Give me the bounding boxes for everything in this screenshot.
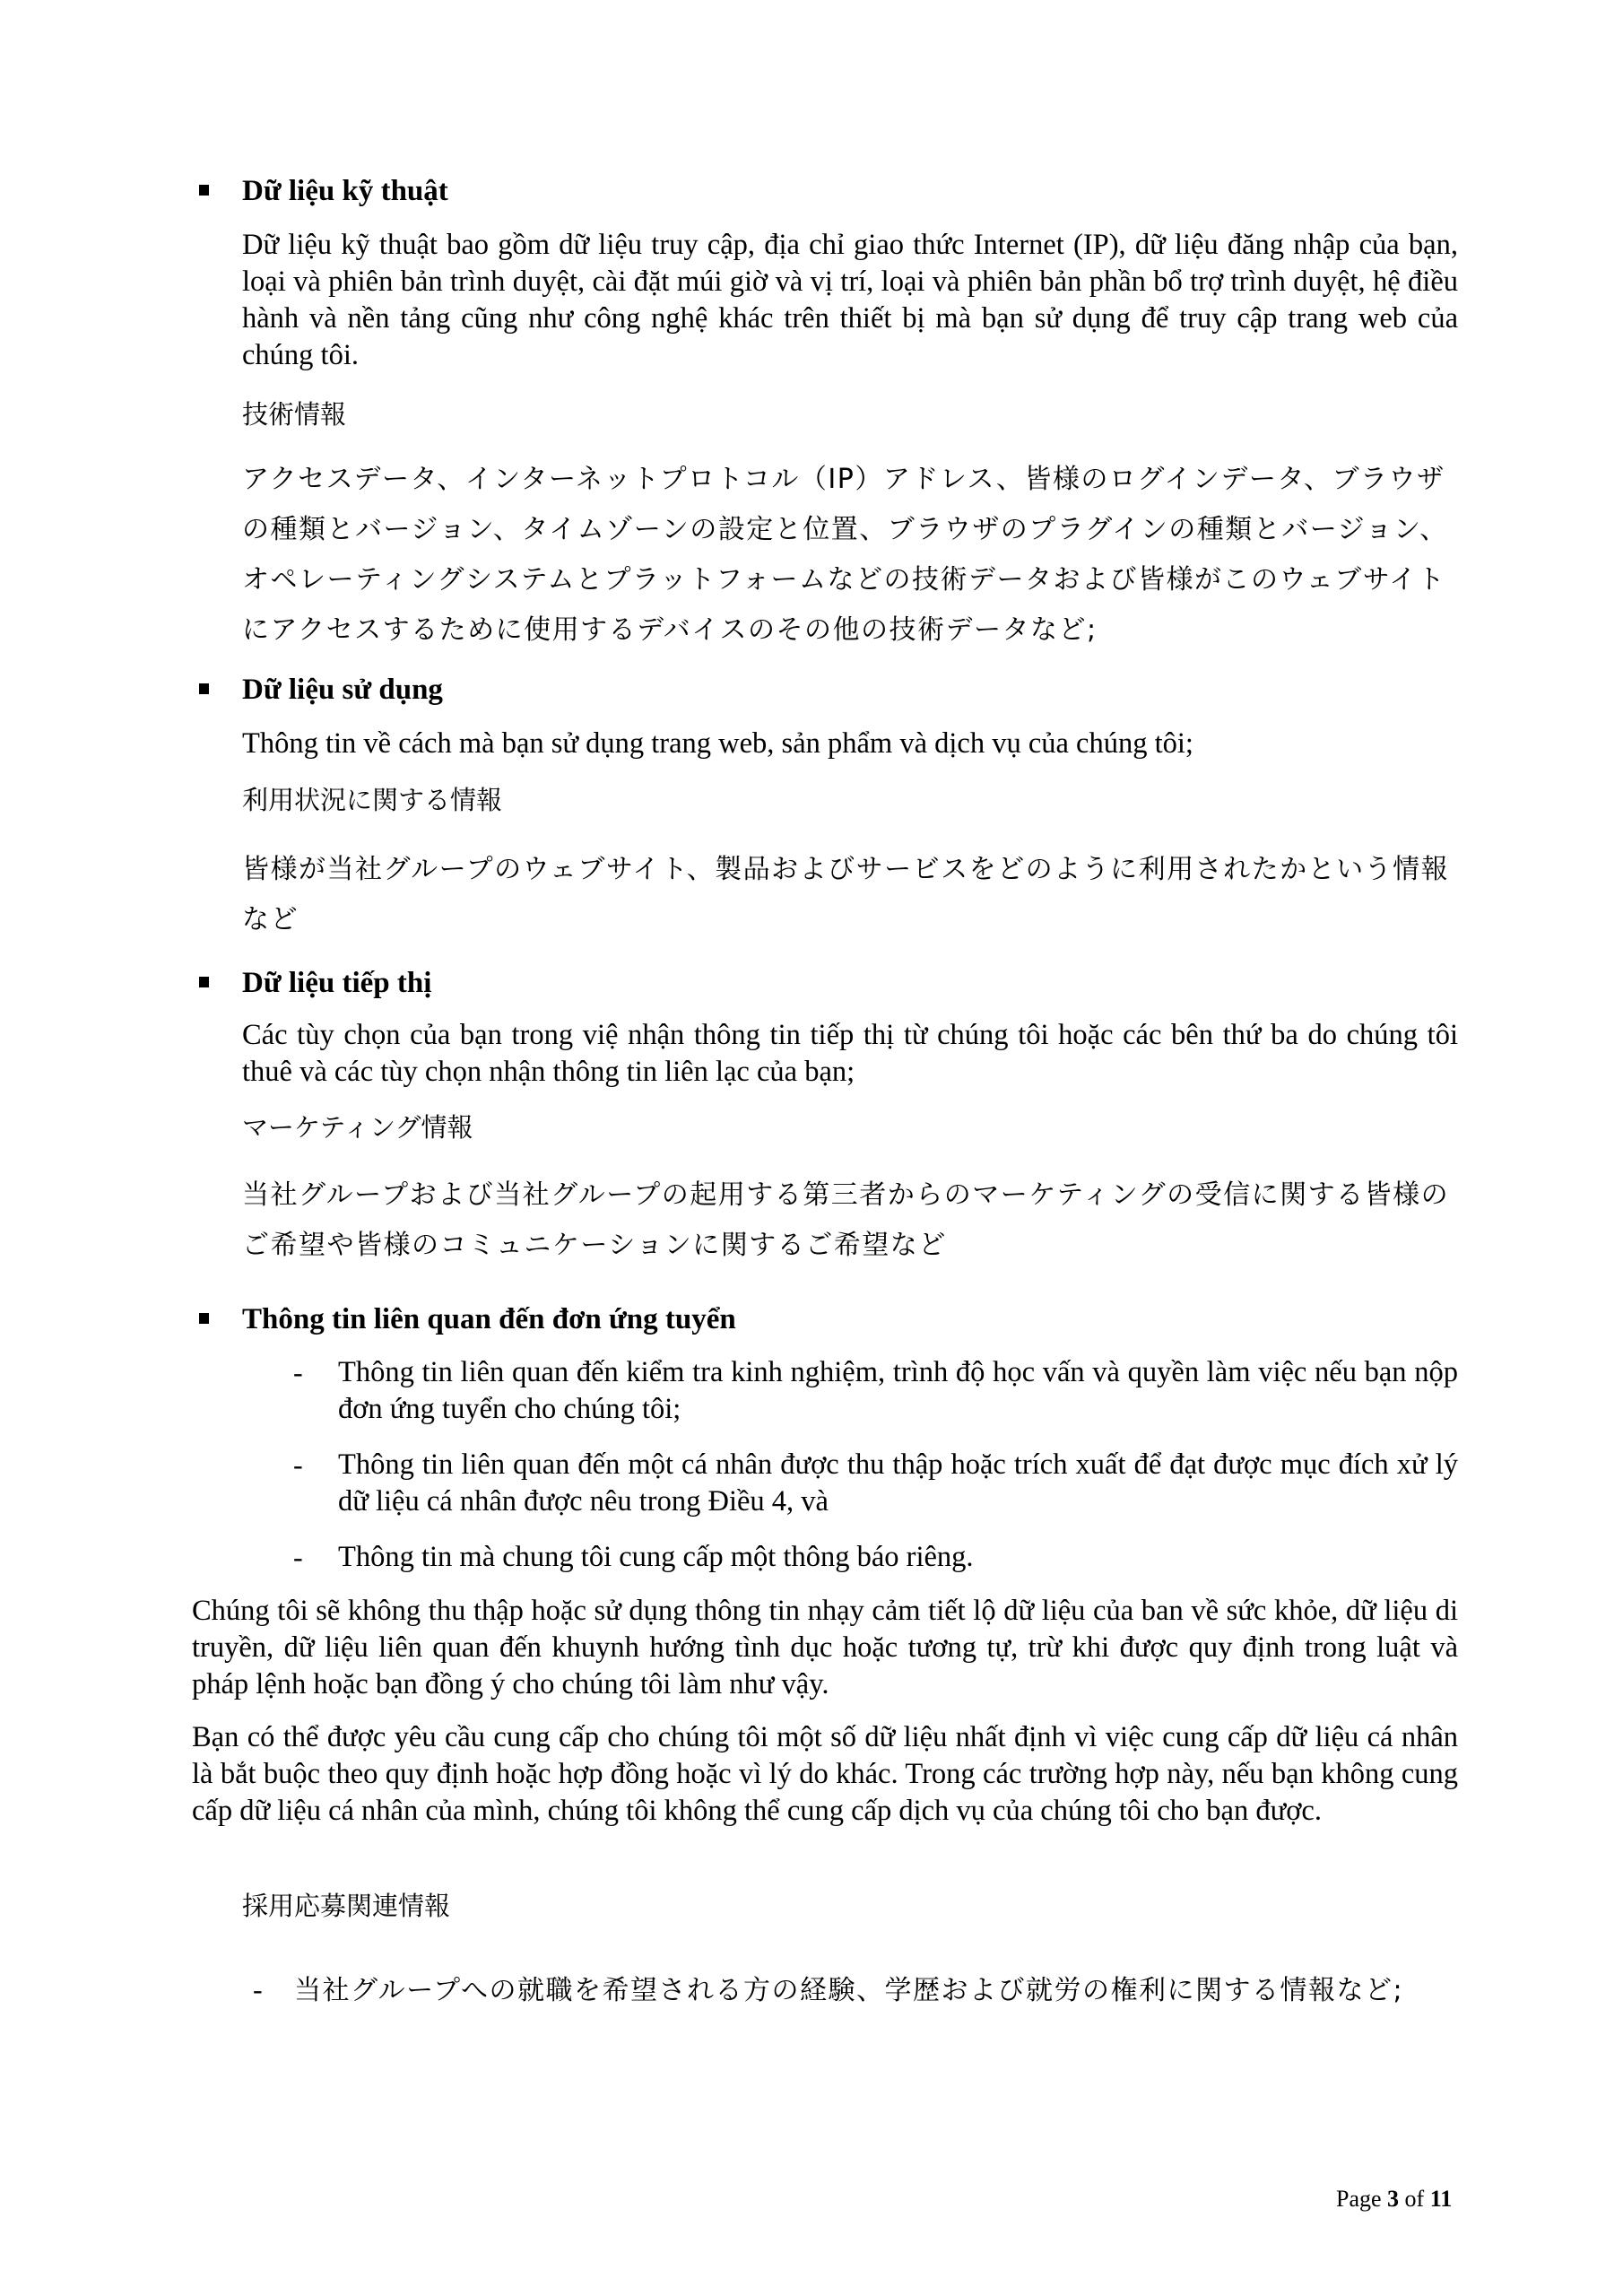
square-bullet-icon [199,683,209,694]
marketing-data-description-jp: 当社グループおよび当社グループの起用する第三者からのマーケティングの受信に関する… [242,1170,1466,1271]
usage-data-heading-jp: 利用状況に関する情報 [242,782,502,818]
mandatory-data-paragraph: Bạn có thể được yêu cầu cung cấp cho chú… [192,1719,1458,1830]
dash-bullet-icon: - [293,1354,303,1391]
square-bullet-icon [199,1313,209,1324]
dash-bullet-icon: - [293,1539,303,1576]
square-bullet-icon [199,977,209,987]
square-bullet-icon [199,185,209,196]
technical-data-heading-jp: 技術情報 [242,396,346,432]
marketing-data-heading-jp: マーケティング情報 [242,1109,473,1145]
technical-data-description-jp: アクセスデータ、インターネットプロトコル（IP）アドレス、皆様のログインデータ、… [242,455,1466,656]
usage-data-description: Thông tin về cách mà bạn sử dụng trang w… [242,726,1458,762]
marketing-data-description: Các tùy chọn của bạn trong việ nhận thôn… [242,1017,1458,1091]
sensitive-data-paragraph: Chúng tôi sẽ không thu thập hoặc sử dụng… [192,1593,1458,1703]
page-number: Page 3 of 11 [1336,2185,1452,2213]
dash-bullet-icon: - [253,1971,263,2008]
technical-data-description: Dữ liệu kỹ thuật bao gồm dữ liệu truy cậ… [242,227,1458,374]
usage-data-description-jp: 皆様が当社グループのウェブサイト、製品およびサービスをどのように利用されたかとい… [242,845,1466,945]
dash-bullet-icon: - [293,1447,303,1483]
recruitment-heading-jp: 採用応募関連情報 [242,1888,450,1924]
document-page: Dữ liệu kỹ thuật Dữ liệu kỹ thuật bao gồ… [0,0,1623,2296]
